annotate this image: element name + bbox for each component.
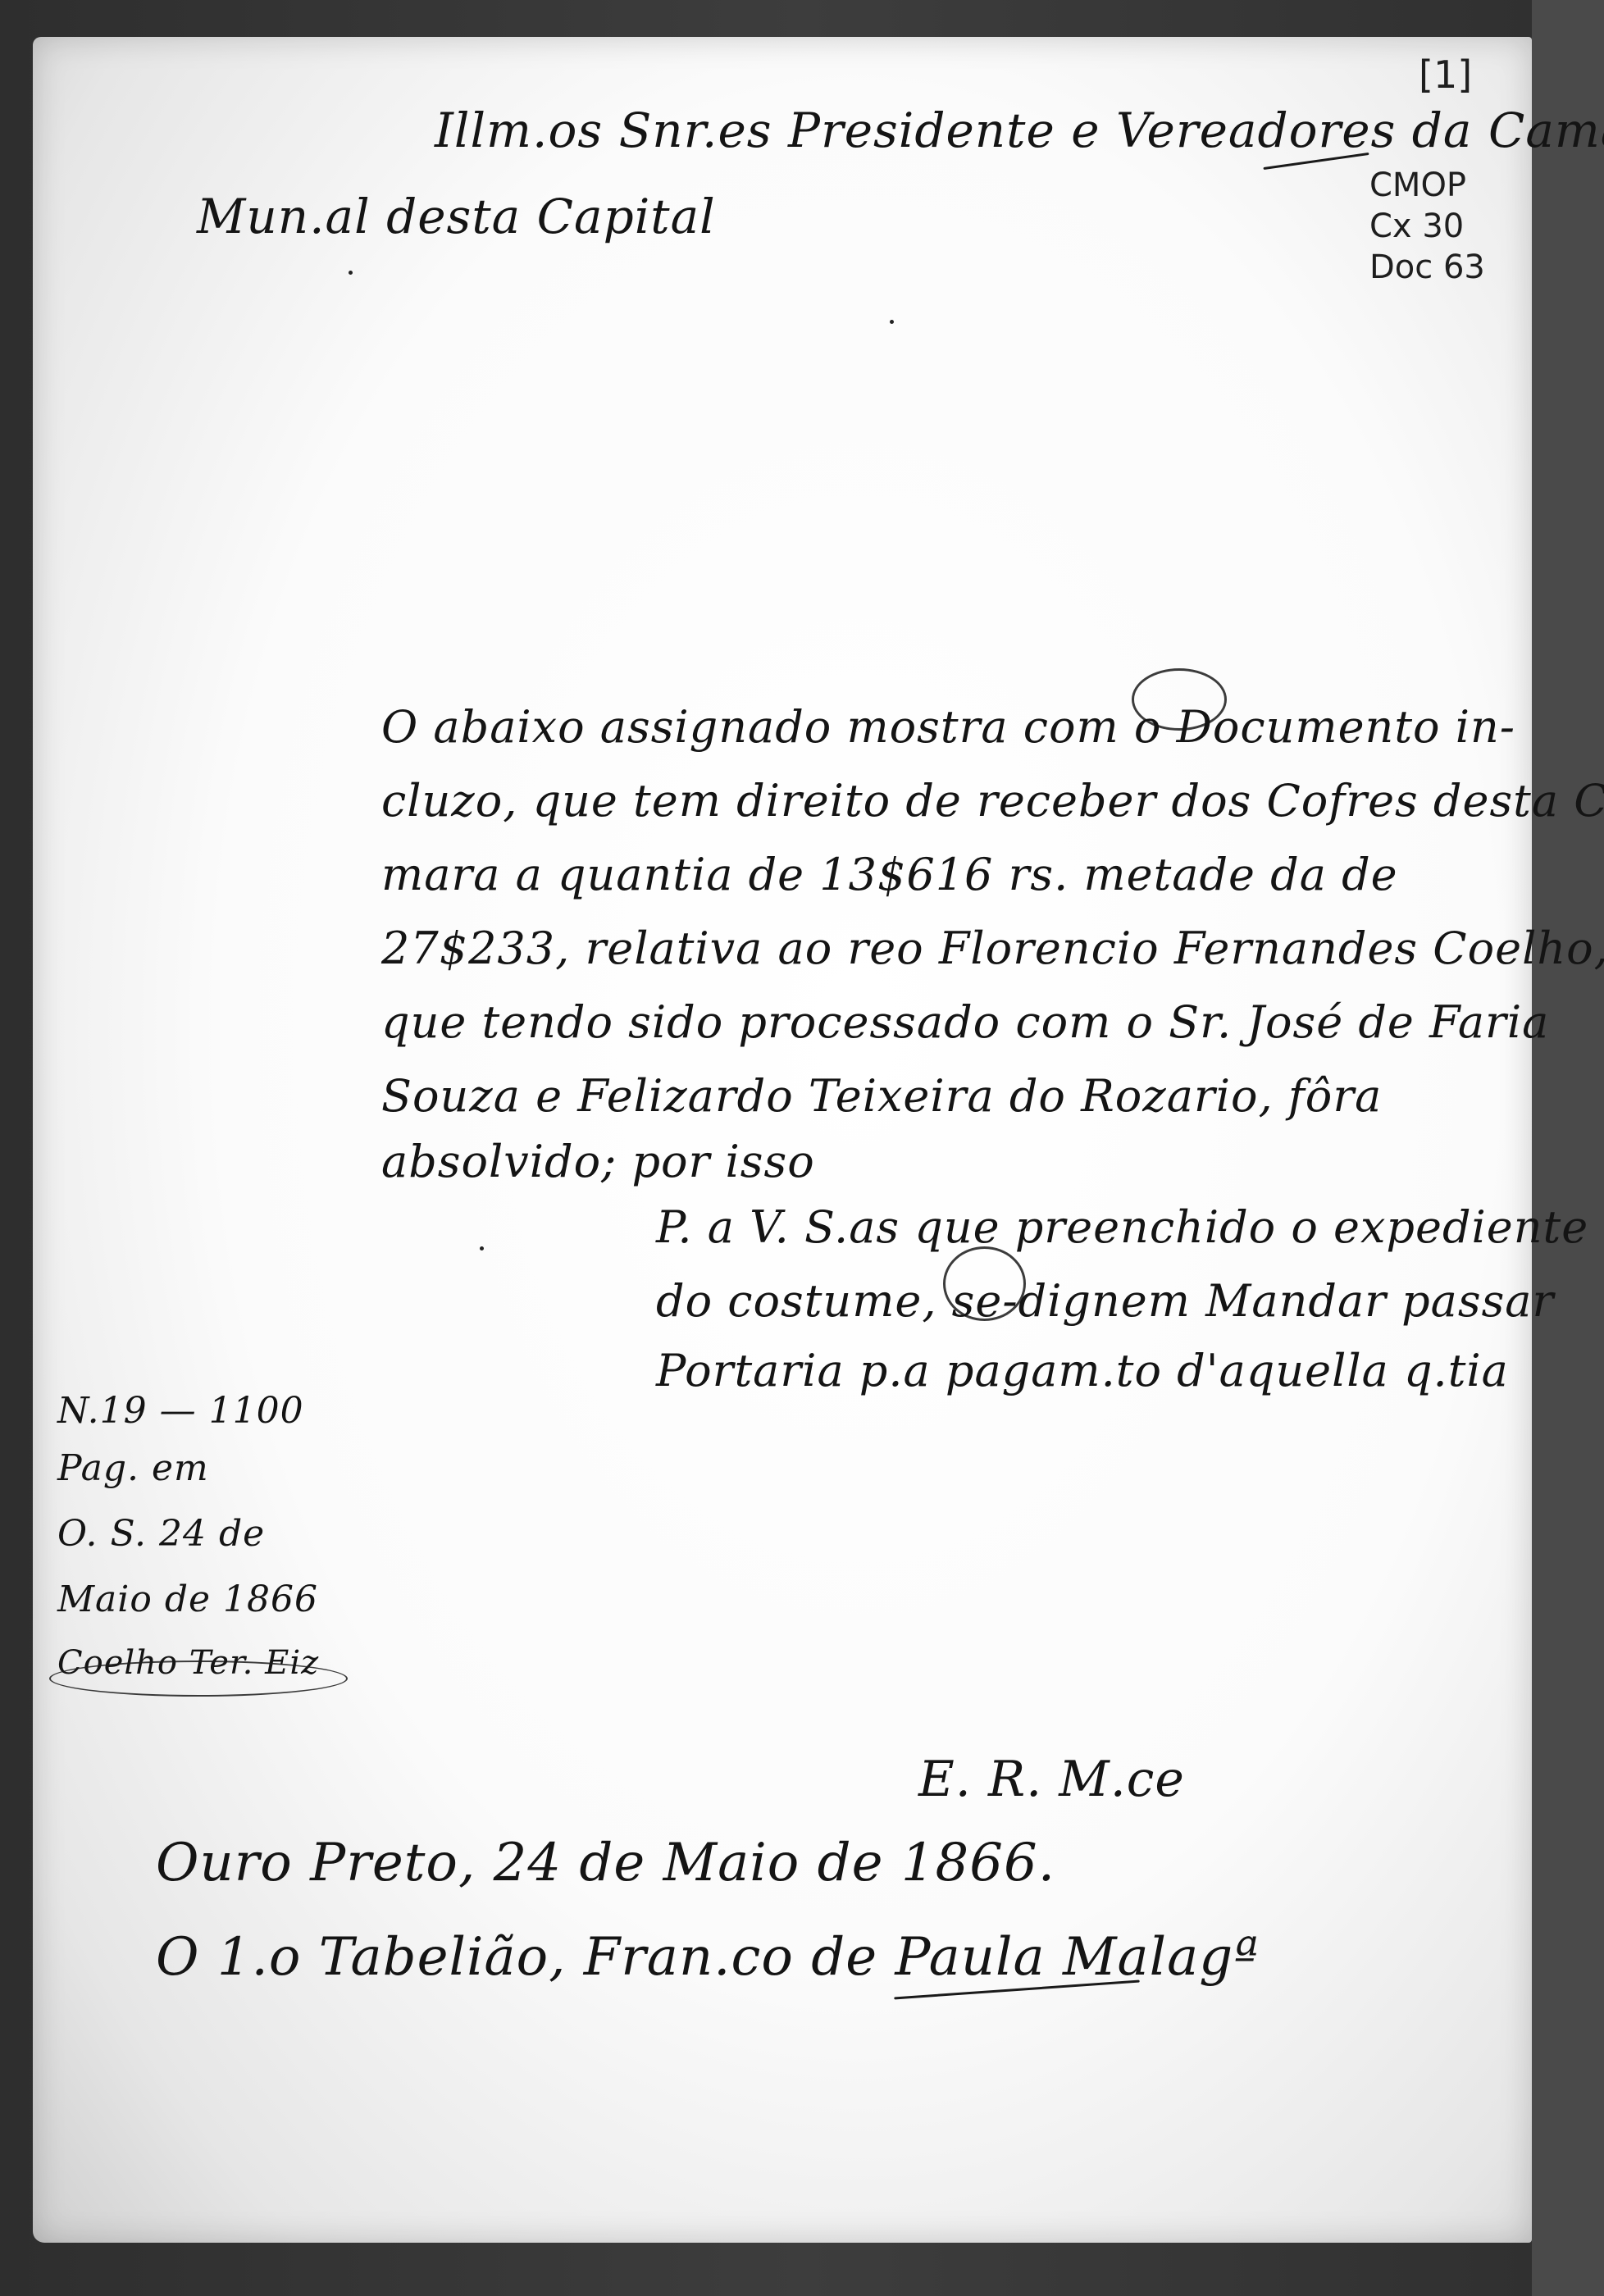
margin-note-line-4: Maio de 1866 (57, 1578, 318, 1620)
petition-line-1: P. a V. S.as que preenchido o expediente (656, 1205, 1588, 1250)
body-line-2: cluzo, que tem direito de receber dos Co… (381, 779, 1604, 823)
notary-signature: O 1.o Tabelião, Fran.co de Paula Malagª (156, 1927, 1260, 1988)
ink-speck (480, 1246, 484, 1250)
petition-line-2: do costume, se-dignem Mandar passar (656, 1279, 1554, 1323)
margin-note-line-2: Pag. em (57, 1447, 209, 1489)
scan-edge-strip (1532, 0, 1604, 2296)
closing-formula: E. R. M.ce (918, 1751, 1185, 1808)
place-and-date: Ouro Preto, 24 de Maio de 1866. (156, 1833, 1055, 1893)
address-line-2: Mun.al desta Capital (197, 189, 716, 244)
ink-speck (349, 271, 353, 275)
petition-line-3: Portaria p.a pagam.to d'aquella q.tia (656, 1349, 1509, 1393)
body-line-6: Souza e Felizardo Teixeira do Rozario, f… (381, 1074, 1382, 1118)
body-line-5: que tendo sido processado com o Sr. José… (381, 1000, 1549, 1045)
body-line-4: 27$233, relativa ao reo Florencio Fernan… (381, 927, 1604, 971)
archive-doc: Doc 63 (1369, 250, 1485, 285)
margin-note-line-3: O. S. 24 de (57, 1513, 265, 1555)
body-line-7: absolvido; por isso (381, 1140, 815, 1184)
signature-flourish (49, 1660, 348, 1697)
manuscript-page: [1] CMOP Cx 30 Doc 63 Illm.os Snr.es Pre… (33, 37, 1532, 2243)
folio-number: [1] (1419, 55, 1472, 94)
address-line-1: Illm.os Snr.es Presidente e Vereadores d… (435, 102, 1604, 158)
body-line-3: mara a quantia de 13$616 rs. metade da d… (381, 853, 1398, 897)
margin-note-line-1: N.19 — 1100 (57, 1390, 304, 1432)
ink-speck (890, 320, 894, 324)
archive-collection: CMOP (1369, 168, 1466, 203)
archive-box: Cx 30 (1369, 209, 1464, 244)
body-line-1: O abaixo assignado mostra com o Document… (381, 705, 1515, 749)
